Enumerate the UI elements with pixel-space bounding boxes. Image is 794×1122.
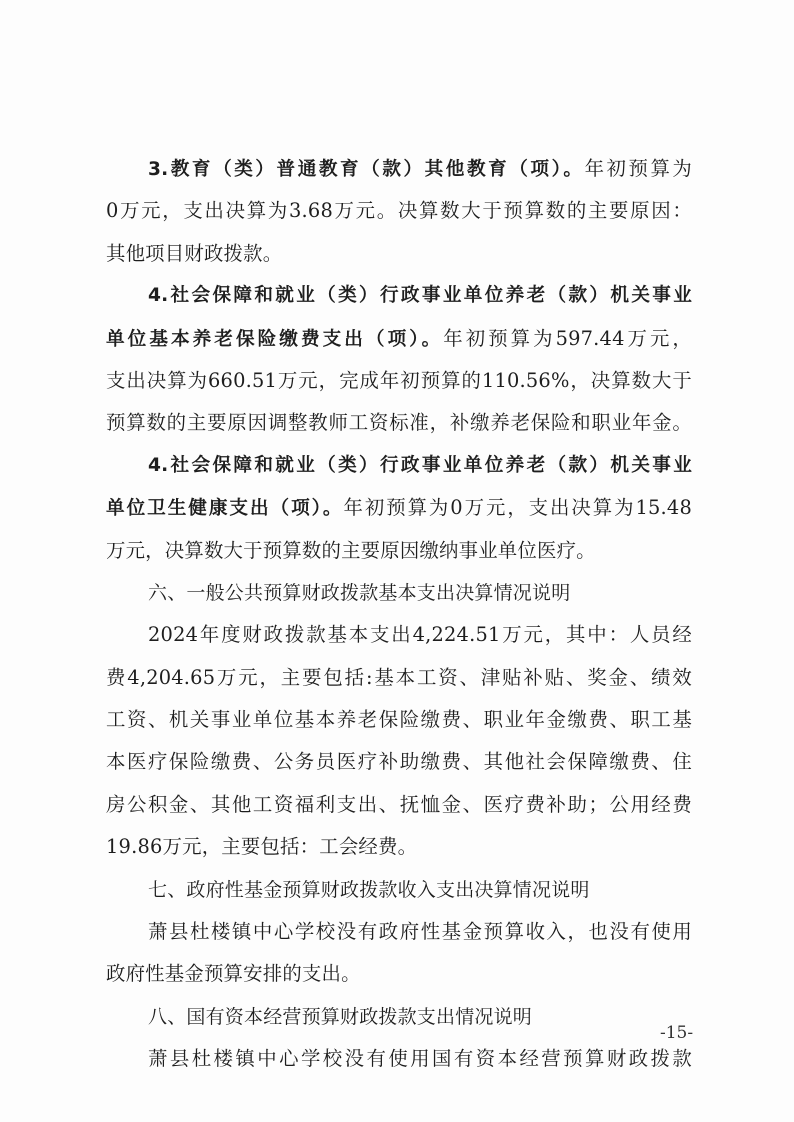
text-line: 费4,204.65万元，主要包括:基本工资、津贴补贴、奖金、绩效 (106, 657, 692, 699)
section-8: 八、国有资本经营预算财政拨款支出情况说明 萧县杜楼镇中心学校没有使用国有资本经营… (106, 996, 692, 1081)
paragraph-item-4-health: 4.社会保障和就业（类）行政事业单位养老（款）机关事业 单位卫生健康支出（项）。… (106, 445, 692, 572)
item-title: 单位基本养老保险缴费支出（项）。 (106, 329, 443, 350)
document-page: 3.教育（类）普通教育（款）其他教育（项）。年初预算为 0万元，支出决算为3.6… (0, 0, 794, 1122)
text-line: 万元，决算数大于预算数的主要原因缴纳事业单位医疗。 (106, 530, 692, 572)
text-line: 工资、机关事业单位基本养老保险缴费、职业年金缴费、职工基 (106, 699, 692, 741)
text-line: 2024年度财政拨款基本支出4,224.51万元，其中：人员经 (106, 614, 692, 656)
paragraph-item-4-pension: 4.社会保障和就业（类）行政事业单位养老（款）机关事业 单位基本养老保险缴费支出… (106, 275, 692, 445)
page-number: -15- (660, 1023, 693, 1043)
paragraph-item-3: 3.教育（类）普通教育（款）其他教育（项）。年初预算为 0万元，支出决算为3.6… (106, 148, 692, 275)
item-title: 4.社会保障和就业（类）行政事业单位养老（款）机关事业 (106, 275, 692, 317)
item-title: 3.教育（类）普通教育（款）其他教育（项）。 (148, 159, 585, 180)
text-line: 支出决算为660.51万元，完成年初预算的110.56%，决算数大于 (106, 360, 692, 402)
text-line: 本医疗保险缴费、公务员医疗补助缴费、其他社会保障缴费、住 (106, 741, 692, 783)
text-line: 房公积金、其他工资福利支出、抚恤金、医疗费补助；公用经费 (106, 784, 692, 826)
text-line: 政府性基金预算安排的支出。 (106, 953, 692, 995)
section-6: 六、一般公共预算财政拨款基本支出决算情况说明 2024年度财政拨款基本支出4,2… (106, 572, 692, 869)
text-line: 萧县杜楼镇中心学校没有政府性基金预算收入，也没有使用 (106, 911, 692, 953)
section-heading: 六、一般公共预算财政拨款基本支出决算情况说明 (106, 572, 692, 614)
document-body: 3.教育（类）普通教育（款）其他教育（项）。年初预算为 0万元，支出决算为3.6… (106, 148, 692, 1081)
section-7: 七、政府性基金预算财政拨款收入支出决算情况说明 萧县杜楼镇中心学校没有政府性基金… (106, 869, 692, 996)
text-line: 萧县杜楼镇中心学校没有使用国有资本经营预算财政拨款 (106, 1038, 692, 1080)
text-line: 单位卫生健康支出（项）。年初预算为0万元，支出决算为15.48 (106, 487, 692, 529)
text-line: 预算数的主要原因调整教师工资标准，补缴养老保险和职业年金。 (106, 402, 692, 444)
text-line: 0万元，支出决算为3.68万元。决算数大于预算数的主要原因： (106, 190, 692, 232)
text-line: 3.教育（类）普通教育（款）其他教育（项）。年初预算为 (106, 148, 692, 190)
item-title: 单位卫生健康支出（项）。 (106, 498, 343, 519)
item-title: 4.社会保障和就业（类）行政事业单位养老（款）机关事业 (106, 445, 692, 487)
text-line: 19.86万元，主要包括：工会经费。 (106, 826, 692, 868)
text-line: 单位基本养老保险缴费支出（项）。年初预算为597.44万元， (106, 318, 692, 360)
text-line: 其他项目财政拨款。 (106, 233, 692, 275)
section-heading: 八、国有资本经营预算财政拨款支出情况说明 (106, 996, 692, 1038)
section-heading: 七、政府性基金预算财政拨款收入支出决算情况说明 (106, 869, 692, 911)
